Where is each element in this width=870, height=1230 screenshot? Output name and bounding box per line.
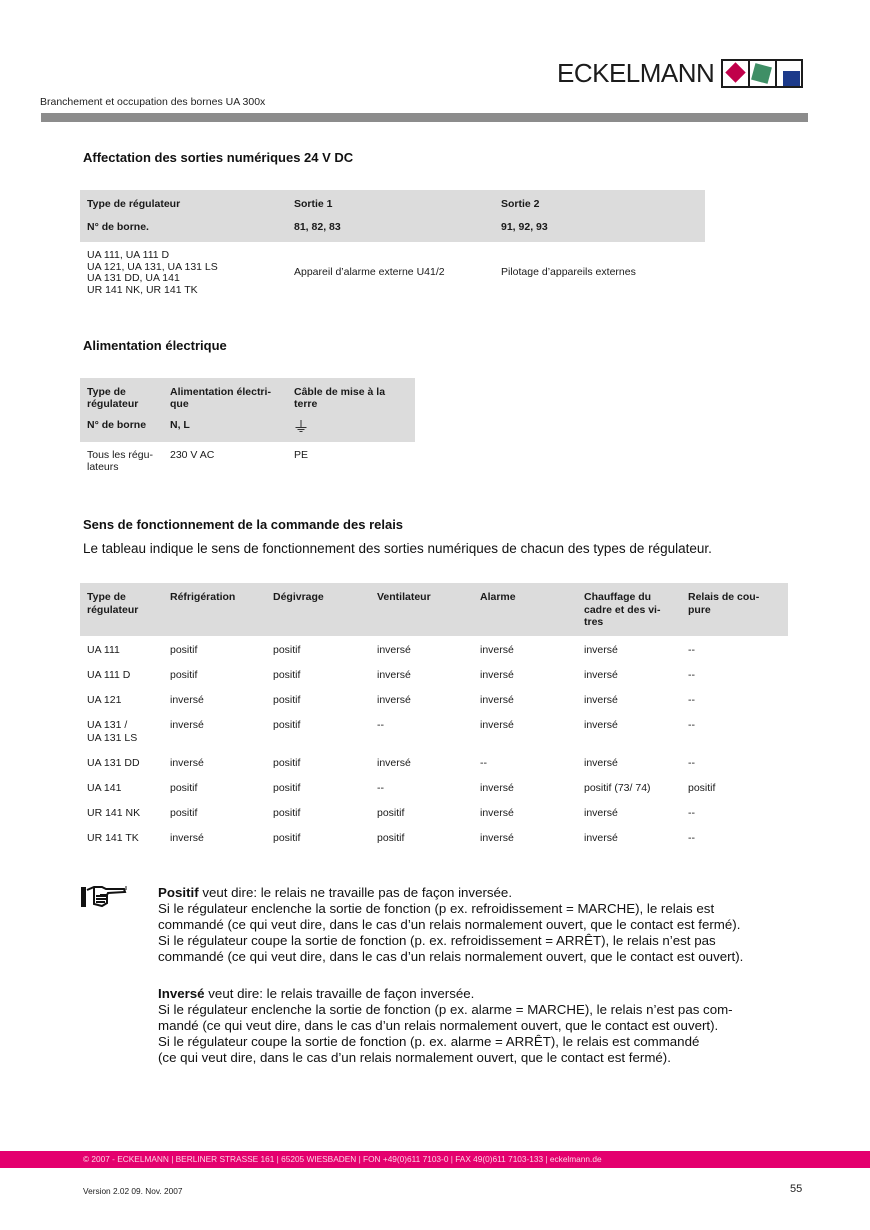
relay-direction-cell: -- — [370, 711, 473, 749]
regulator-type-cell: UA 131 /UA 131 LS — [80, 711, 163, 749]
relay-direction-cell: -- — [473, 749, 577, 774]
table-row: UA 111positifpositifinverséinverséinvers… — [80, 636, 788, 661]
relay-direction-cell: positif — [681, 774, 788, 799]
header-cell: Dégivrage — [266, 583, 370, 636]
relay-direction-cell: inversé — [577, 711, 681, 749]
regulator-type-cell: UA 131 DD — [80, 749, 163, 774]
relay-direction-cell: inversé — [473, 824, 577, 849]
table-header-row: Type de régulateur Sortie 1 Sortie 2 — [80, 190, 705, 218]
relay-direction-cell: inversé — [163, 686, 266, 711]
header-cell: 91, 92, 93 — [494, 218, 705, 242]
relay-direction-cell: inversé — [473, 711, 577, 749]
regulator-cell: Tous les régu-lateurs — [80, 442, 163, 473]
section-intro: Le tableau indique le sens de fonctionne… — [83, 541, 712, 556]
relay-direction-cell: -- — [681, 749, 788, 774]
note-term: Positif — [158, 885, 199, 900]
relay-direction-cell: inversé — [577, 749, 681, 774]
relay-direction-cell: inversé — [163, 711, 266, 749]
relay-direction-cell: inversé — [577, 661, 681, 686]
sortie1-cell: Appareil d’alarme externe U41/2 — [287, 242, 494, 296]
relay-direction-cell: positif — [266, 711, 370, 749]
header-cell: N° de borne. — [80, 218, 287, 242]
header-cell: Alimentation électri-que — [163, 378, 287, 416]
regulator-type-cell: UA 111 D — [80, 661, 163, 686]
relay-direction-cell: inversé — [577, 686, 681, 711]
relay-direction-cell: inversé — [577, 636, 681, 661]
table-row: UA 131 /UA 131 LSinversépositif--inversé… — [80, 711, 788, 749]
relay-direction-cell: inversé — [577, 824, 681, 849]
table-header-row: Type derégulateur Alimentation électri-q… — [80, 378, 415, 416]
table-row: UA 111 Dpositifpositifinverséinverséinve… — [80, 661, 788, 686]
section-title-relay-direction: Sens de fonctionnement de la commande de… — [83, 517, 403, 532]
table-row: UA 131 DDinversépositifinversé--inversé-… — [80, 749, 788, 774]
relay-direction-cell: positif — [266, 661, 370, 686]
relay-direction-cell: inversé — [163, 824, 266, 849]
relay-direction-cell: positif (73/ 74) — [577, 774, 681, 799]
note-positif: Positif veut dire: le relais ne travaill… — [158, 885, 808, 965]
relay-direction-cell: -- — [370, 774, 473, 799]
relay-direction-cell: positif — [266, 749, 370, 774]
power-supply-table: Type derégulateur Alimentation électri-q… — [80, 378, 415, 473]
note-inverse: Inversé veut dire: le relais travaille d… — [158, 986, 808, 1066]
header-cell: Sortie 2 — [494, 190, 705, 218]
relay-direction-cell: inversé — [577, 799, 681, 824]
header-cell: Alarme — [473, 583, 577, 636]
logo-wordmark: ECKELMANN — [557, 58, 714, 89]
relay-direction-cell: -- — [681, 799, 788, 824]
relay-direction-cell: positif — [266, 774, 370, 799]
logo-green-square — [751, 63, 772, 84]
page-number: 55 — [790, 1183, 802, 1195]
header-cell: Réfrigération — [163, 583, 266, 636]
header-cell — [287, 416, 415, 442]
version-info: Version 2.02 09. Nov. 2007 — [83, 1186, 182, 1196]
relay-direction-cell: positif — [266, 686, 370, 711]
earth-cell: PE — [287, 442, 415, 473]
relay-direction-cell: inversé — [473, 799, 577, 824]
relay-direction-cell: inversé — [370, 661, 473, 686]
regulator-type-cell: UA 121 — [80, 686, 163, 711]
table-header-row: Type derégulateurRéfrigérationDégivrageV… — [80, 583, 788, 636]
header-cell: Type de régulateur — [80, 190, 287, 218]
running-title: Branchement et occupation des bornes UA … — [40, 96, 265, 108]
table-row: UR 141 TKinversépositifpositifinverséinv… — [80, 824, 788, 849]
regulator-type-cell: UA 111 — [80, 636, 163, 661]
header-rule — [41, 113, 808, 122]
relay-direction-cell: positif — [370, 824, 473, 849]
pointing-hand-icon — [80, 884, 128, 910]
relay-direction-cell: -- — [681, 636, 788, 661]
logo-red-diamond — [726, 62, 746, 82]
header-cell: 81, 82, 83 — [287, 218, 494, 242]
relay-direction-cell: inversé — [473, 686, 577, 711]
relay-direction-cell: inversé — [370, 749, 473, 774]
relay-direction-cell: inversé — [473, 774, 577, 799]
relay-direction-cell: inversé — [370, 636, 473, 661]
relay-direction-cell: positif — [370, 799, 473, 824]
header-cell: N, L — [163, 416, 287, 442]
regulator-type-cell: UR 141 NK — [80, 799, 163, 824]
supply-cell: 230 V AC — [163, 442, 287, 473]
logo-blue-square — [783, 71, 800, 86]
table-row: UA 141positifpositif--inversépositif (73… — [80, 774, 788, 799]
ground-symbol-icon — [294, 419, 308, 433]
relay-direction-cell: -- — [681, 661, 788, 686]
relay-direction-cell: -- — [681, 824, 788, 849]
relay-direction-cell: positif — [266, 824, 370, 849]
section-title-digital-outputs: Affectation des sorties numériques 24 V … — [83, 150, 353, 165]
header-cell: N° de borne — [80, 416, 163, 442]
relay-direction-cell: -- — [681, 686, 788, 711]
relay-direction-cell: positif — [266, 799, 370, 824]
header-cell: Sortie 1 — [287, 190, 494, 218]
logo-squares-icon — [721, 59, 803, 88]
regulator-types-cell: UA 111, UA 111 D UA 121, UA 131, UA 131 … — [80, 242, 287, 296]
relay-direction-cell: positif — [163, 636, 266, 661]
table-header-row: N° de borne. 81, 82, 83 91, 92, 93 — [80, 218, 705, 242]
eckelmann-logo: ECKELMANN — [557, 57, 803, 89]
section-title-power-supply: Alimentation électrique — [83, 338, 227, 353]
header-cell: Relais de cou-pure — [681, 583, 788, 636]
relay-direction-cell: inversé — [473, 661, 577, 686]
regulator-type-cell: UA 141 — [80, 774, 163, 799]
footer-contact: © 2007 - ECKELMANN | BERLINER STRASSE 16… — [83, 1154, 602, 1164]
note-term: Inversé — [158, 986, 205, 1001]
header-cell: Câble de mise à laterre — [287, 378, 415, 416]
relay-direction-cell: positif — [163, 661, 266, 686]
relay-direction-cell: inversé — [473, 636, 577, 661]
relay-direction-cell: inversé — [163, 749, 266, 774]
table-row: UA 121inversépositifinverséinverséinvers… — [80, 686, 788, 711]
relay-direction-cell: positif — [163, 774, 266, 799]
table-row: UR 141 NKpositifpositifpositifinverséinv… — [80, 799, 788, 824]
relay-direction-cell: inversé — [370, 686, 473, 711]
relay-direction-cell: positif — [163, 799, 266, 824]
header-cell: Ventilateur — [370, 583, 473, 636]
relay-direction-table: Type derégulateurRéfrigérationDégivrageV… — [80, 583, 788, 849]
sortie2-cell: Pilotage d’appareils externes — [494, 242, 705, 296]
relay-direction-cell: -- — [681, 711, 788, 749]
header-cell: Type derégulateur — [80, 583, 163, 636]
relay-direction-cell: positif — [266, 636, 370, 661]
digital-outputs-table: Type de régulateur Sortie 1 Sortie 2 N° … — [80, 190, 705, 296]
regulator-type-cell: UR 141 TK — [80, 824, 163, 849]
table-row: Tous les régu-lateurs 230 V AC PE — [80, 442, 415, 473]
table-row: UA 111, UA 111 D UA 121, UA 131, UA 131 … — [80, 242, 705, 296]
header-cell: Type derégulateur — [80, 378, 163, 416]
header-cell: Chauffage ducadre et des vi-tres — [577, 583, 681, 636]
table-header-row: N° de borne N, L — [80, 416, 415, 442]
